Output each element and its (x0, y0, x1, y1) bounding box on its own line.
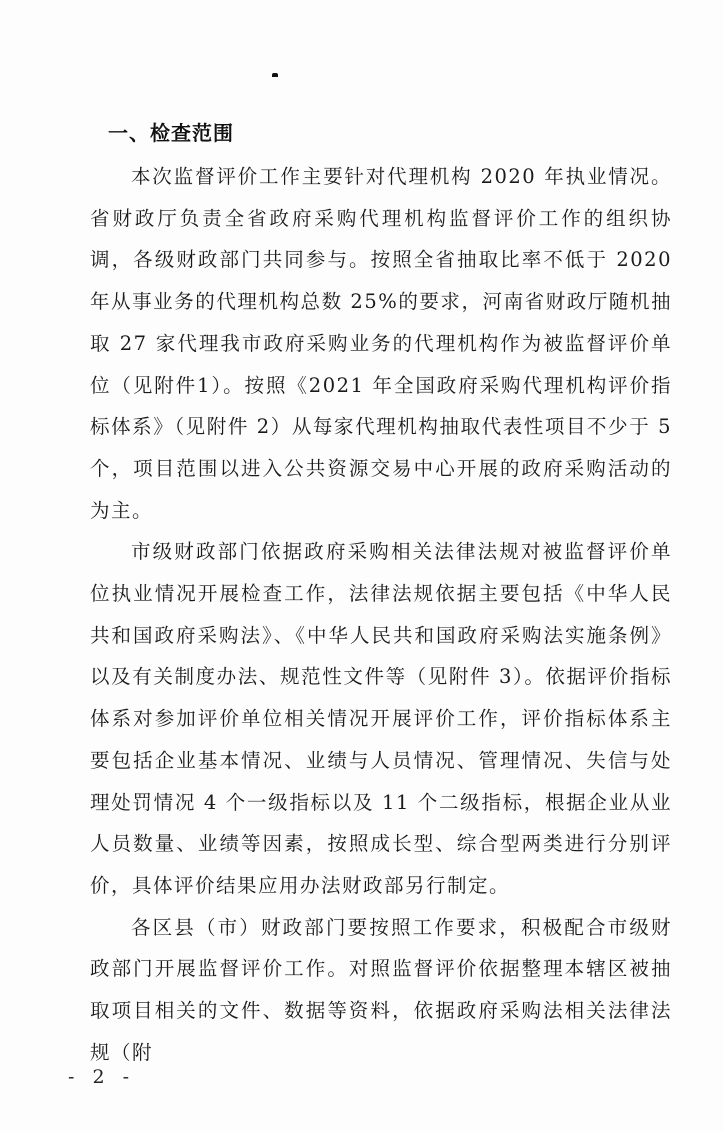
section-heading: 一、检查范围 (108, 117, 234, 146)
document-page: 一、检查范围 本次监督评价工作主要针对代理机构 2020 年执业情况。省财政厅负… (0, 0, 723, 1133)
paragraph-district-cooperation: 各区县（市）财政部门要按照工作要求，积极配合市级财政部门开展监督评价工作。对照监… (90, 907, 672, 1074)
paragraph-inspection-basis: 市级财政部门依据政府采购相关法律法规对被监督评价单位执业情况开展检查工作，法律法… (90, 531, 672, 906)
body-text: 本次监督评价工作主要针对代理机构 2020 年执业情况。省财政厅负责全省政府采购… (90, 156, 672, 1073)
scan-mark (272, 73, 278, 77)
page-number: - 2 - (68, 1066, 135, 1088)
paragraph-scope: 本次监督评价工作主要针对代理机构 2020 年执业情况。省财政厅负责全省政府采购… (90, 156, 672, 531)
